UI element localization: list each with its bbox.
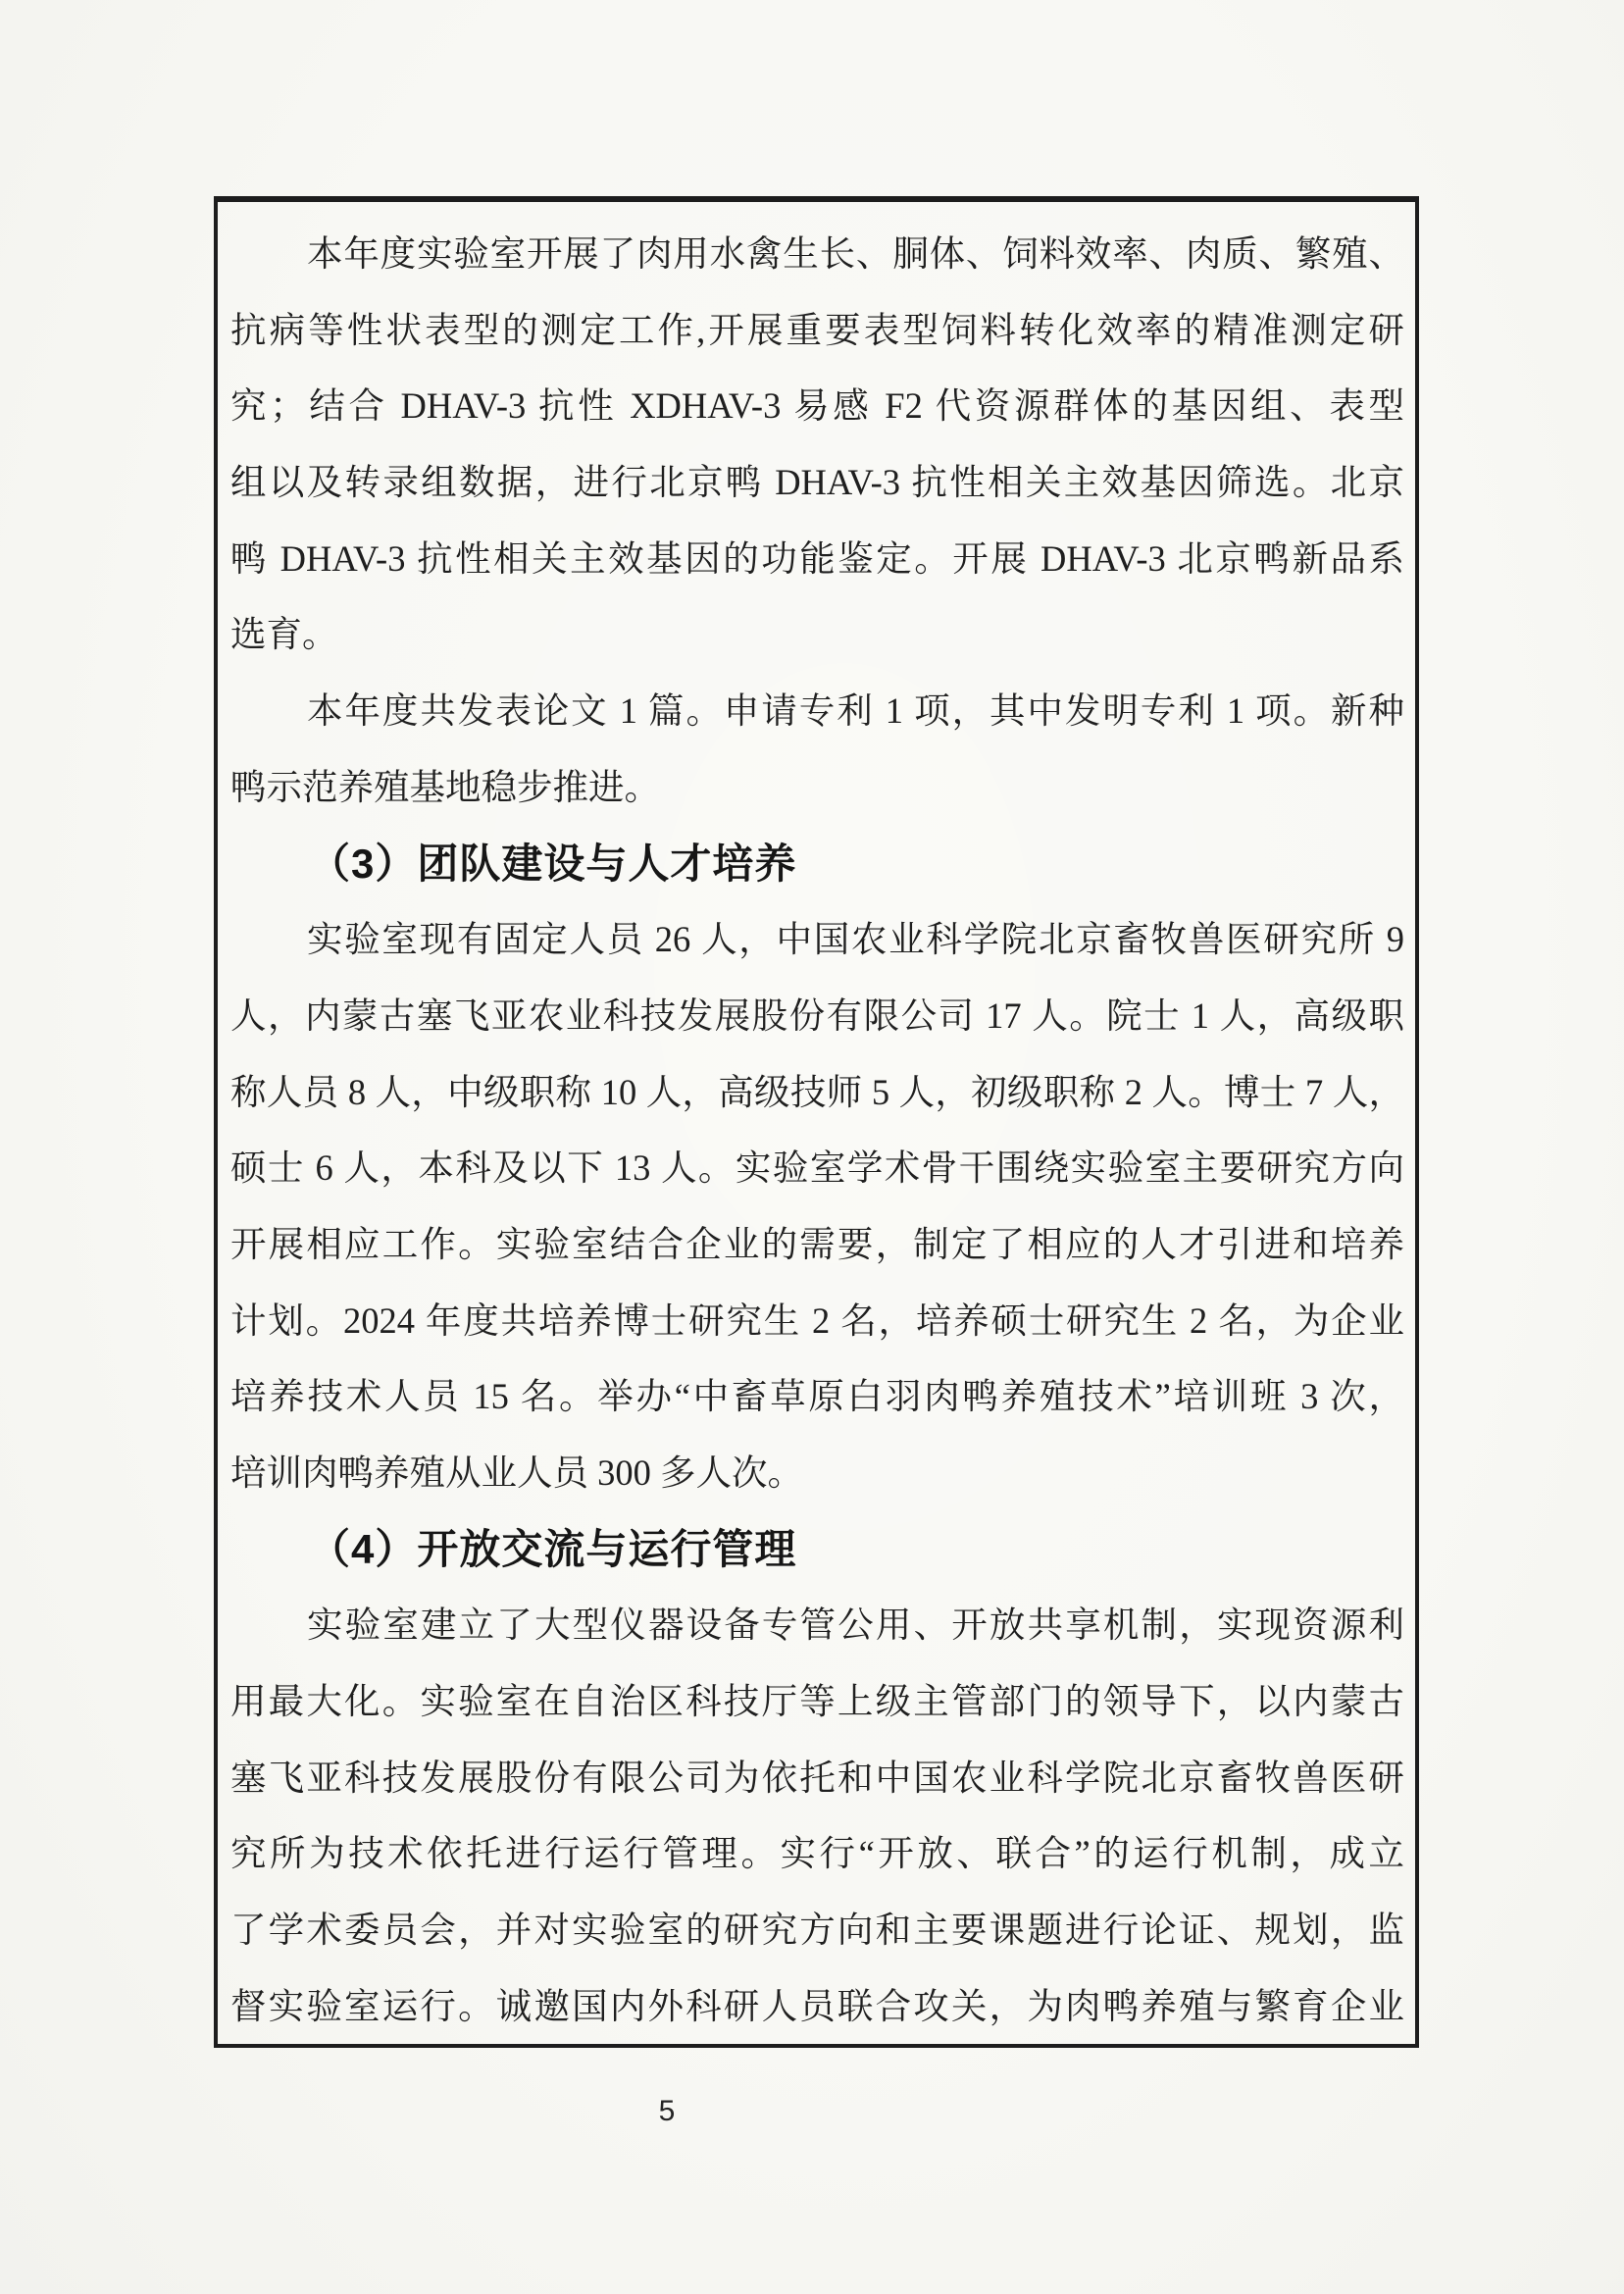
- text-line: 究；结合 DHAV-3 抗性 XDHAV-3 易感 F2 代资源群体的基因组、表…: [230, 368, 1404, 444]
- text-line: 称人员 8 人，中级职称 10 人，高级技师 5 人，初级职称 2 人。博士 7…: [230, 1054, 1404, 1131]
- text-line: 究所为技术依托进行运行管理。实行“开放、联合”的运行机制，成立: [230, 1815, 1404, 1892]
- text-line: 实验室建立了大型仪器设备专管公用、开放共享机制，实现资源利: [230, 1587, 1404, 1663]
- text-line: 本年度实验室开展了肉用水禽生长、胴体、饲料效率、肉质、繁殖、: [230, 216, 1404, 292]
- text-line: 塞飞亚科技发展股份有限公司为依托和中国农业科学院北京畜牧兽医研: [230, 1740, 1404, 1816]
- text-line: 组以及转录组数据，进行北京鸭 DHAV-3 抗性相关主效基因筛选。北京: [230, 444, 1404, 521]
- text-line: 硕士 6 人，本科及以下 13 人。实验室学术骨干围绕实验室主要研究方向: [230, 1130, 1404, 1206]
- section-heading: （4）开放交流与运行管理: [230, 1511, 1404, 1588]
- text-line: 培养技术人员 15 名。举办“中畜草原白羽肉鸭养殖技术”培训班 3 次，: [230, 1358, 1404, 1435]
- document-text: 本年度实验室开展了肉用水禽生长、胴体、饲料效率、肉质、繁殖、抗病等性状表型的测定…: [230, 216, 1404, 2045]
- text-line: 选育。: [230, 596, 1404, 673]
- text-line: 人，内蒙古塞飞亚农业科技发展股份有限公司 17 人。院士 1 人，高级职: [230, 978, 1404, 1054]
- page-number: 5: [635, 2095, 698, 2128]
- text-line: 实验室现有固定人员 26 人，中国农业科学院北京畜牧兽医研究所 9: [230, 901, 1404, 978]
- text-line: 用最大化。实验室在自治区科技厅等上级主管部门的领导下，以内蒙古: [230, 1663, 1404, 1740]
- text-line: 开展相应工作。实验室结合企业的需要，制定了相应的人才引进和培养: [230, 1206, 1404, 1283]
- text-line: 抗病等性状表型的测定工作,开展重要表型饲料转化效率的精准测定研: [230, 292, 1404, 369]
- text-line: 培训肉鸭养殖从业人员 300 多人次。: [230, 1435, 1404, 1511]
- document-border-frame: 本年度实验室开展了肉用水禽生长、胴体、饲料效率、肉质、繁殖、抗病等性状表型的测定…: [214, 196, 1419, 2048]
- text-line: 督实验室运行。诚邀国内外科研人员联合攻关，为肉鸭养殖与繁育企业: [230, 1968, 1404, 2045]
- text-line: 鸭示范养殖基地稳步推进。: [230, 749, 1404, 826]
- text-line: 了学术委员会，并对实验室的研究方向和主要课题进行论证、规划，监: [230, 1892, 1404, 1968]
- text-line: 本年度共发表论文 1 篇。申请专利 1 项，其中发明专利 1 项。新种: [230, 673, 1404, 749]
- section-heading: （3）团队建设与人才培养: [230, 826, 1404, 902]
- text-line: 鸭 DHAV-3 抗性相关主效基因的功能鉴定。开展 DHAV-3 北京鸭新品系: [230, 521, 1404, 597]
- text-line: 计划。2024 年度共培养博士研究生 2 名，培养硕士研究生 2 名，为企业: [230, 1283, 1404, 1359]
- scanned-report-page: { "page": { "number": "5", "paper_color"…: [0, 0, 1624, 2294]
